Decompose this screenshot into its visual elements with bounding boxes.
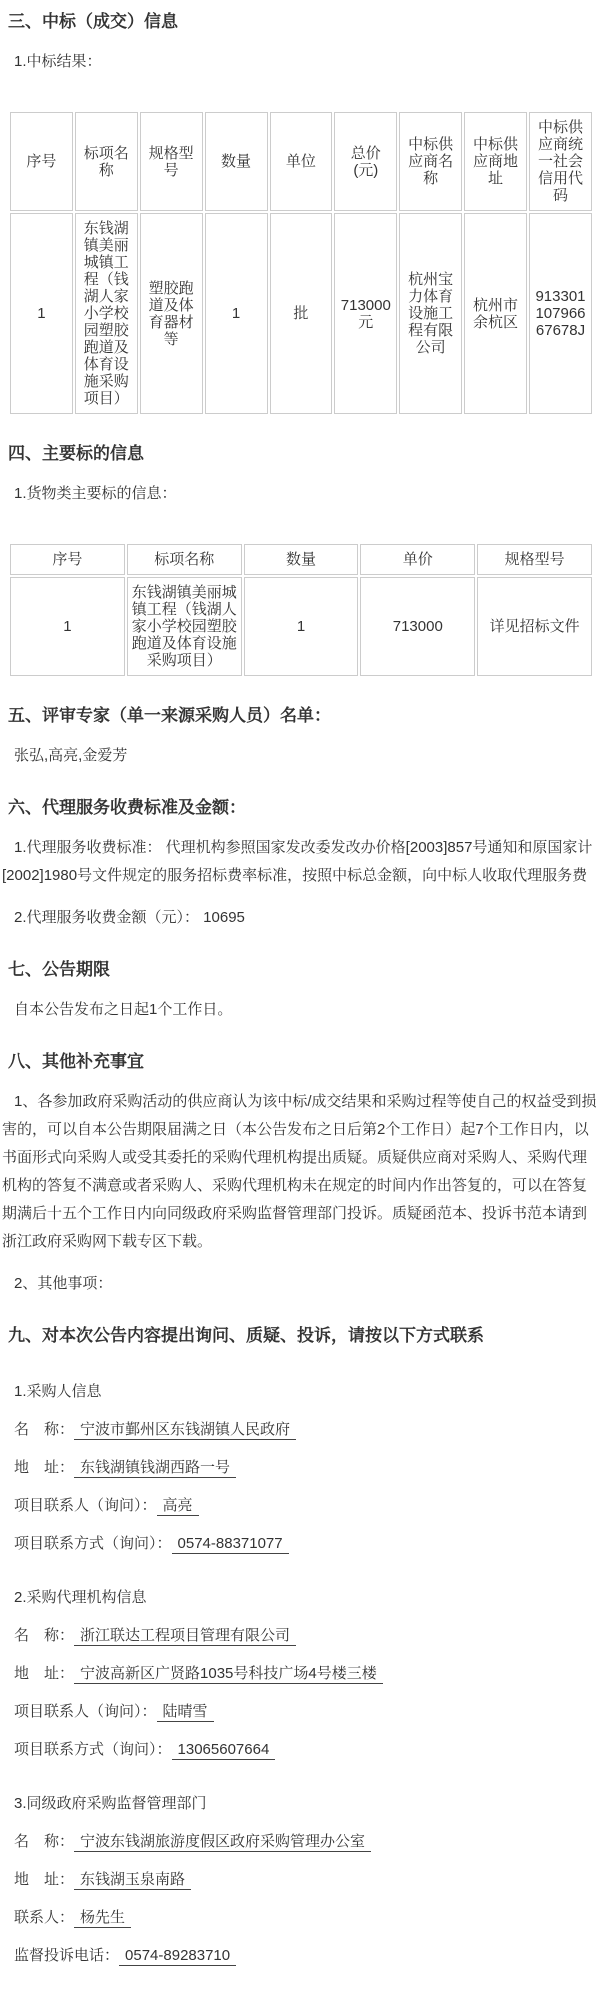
header-cell-unit: 单位 (270, 112, 333, 211)
cell-spec-model: 塑胶跑道及体育器材等 (140, 213, 203, 414)
contact-label: 联系人： (14, 1909, 74, 1926)
header-cell-item-name: 标项名称 (75, 112, 138, 211)
cell-unit-price: 713000 (360, 577, 475, 676)
contact-line-person: 项目联系人（询问）：陆晴雪 (2, 1702, 598, 1722)
cell-seq: 1 (10, 577, 125, 676)
contact-line-phone: 监督投诉电话：0574-89283710 (2, 1946, 598, 1966)
expert-list: 张弘,高亮,金爱芳 (2, 742, 598, 770)
other-matters: 2、其他事项： (2, 1270, 598, 1298)
procurement-announcement-document: 三、中标（成交）信息 1.中标结果： 序号 标项名称 规格型号 数量 单位 总价… (0, 0, 600, 1996)
supervision-name-value: 宁波东钱湖旅游度假区政府采购管理办公室 (74, 1833, 371, 1852)
header-cell-total-price: 总价(元) (334, 112, 397, 211)
header-cell-seq: 序号 (10, 112, 73, 211)
contact-line-name: 名 称：宁波东钱湖旅游度假区政府采购管理办公室 (2, 1832, 598, 1852)
header-cell-quantity: 数量 (205, 112, 268, 211)
contact-line-person: 联系人：杨先生 (2, 1908, 598, 1928)
contact-label: 名 称： (14, 1833, 74, 1850)
section-3-heading: 三、中标（成交）信息 (8, 10, 598, 34)
goods-info-header-row: 序号 标项名称 数量 单价 规格型号 (10, 544, 592, 575)
award-result-data-row: 1 东钱湖镇美丽城镇工程（钱湖人家小学校园塑胶跑道及体育设施采购项目） 塑胶跑道… (10, 213, 592, 414)
cell-quantity: 1 (205, 213, 268, 414)
contact-label: 监督投诉电话： (14, 1947, 119, 1964)
contact-block-title: 1.采购人信息 (2, 1382, 598, 1402)
header-cell-spec-model: 规格型号 (477, 544, 592, 575)
contact-line-address: 地 址：东钱湖玉泉南路 (2, 1870, 598, 1890)
contact-line-address: 地 址：宁波高新区广贤路1035号科技广场4号楼三楼 (2, 1664, 598, 1684)
contact-line-phone: 项目联系方式（询问）：13065607664 (2, 1740, 598, 1760)
agency-name-value: 浙江联达工程项目管理有限公司 (74, 1627, 296, 1646)
contact-label: 项目联系方式（询问）： (14, 1741, 172, 1758)
contact-label: 名 称： (14, 1421, 74, 1438)
header-cell-seq: 序号 (10, 544, 125, 575)
agency-fee-amount: 2.代理服务收费金额（元）： 10695 (2, 904, 598, 932)
contact-line-address: 地 址：东钱湖镇钱湖西路一号 (2, 1458, 598, 1478)
award-result-table: 序号 标项名称 规格型号 数量 单位 总价(元) 中标供应商名称 中标供应商地址… (8, 110, 594, 416)
award-result-header-row: 序号 标项名称 规格型号 数量 单位 总价(元) 中标供应商名称 中标供应商地址… (10, 112, 592, 211)
contact-label: 项目联系方式（询问）： (14, 1535, 172, 1552)
contact-label: 地 址： (14, 1871, 74, 1888)
section-7-heading: 七、公告期限 (8, 958, 598, 982)
contact-line-name: 名 称：宁波市鄞州区东钱湖镇人民政府 (2, 1420, 598, 1440)
cell-item-name: 东钱湖镇美丽城镇工程（钱湖人家小学校园塑胶跑道及体育设施采购项目） (75, 213, 138, 414)
purchaser-info-block: 1.采购人信息 名 称：宁波市鄞州区东钱湖镇人民政府 地 址：东钱湖镇钱湖西路一… (2, 1382, 598, 1554)
section-4-heading: 四、主要标的信息 (8, 442, 598, 466)
section-9-heading: 九、对本次公告内容提出询问、质疑、投诉，请按以下方式联系 (8, 1324, 598, 1348)
cell-unit: 批 (270, 213, 333, 414)
section-5-heading: 五、评审专家（单一来源采购人员）名单： (8, 704, 598, 728)
contact-line-name: 名 称：浙江联达工程项目管理有限公司 (2, 1626, 598, 1646)
section-8-heading: 八、其他补充事宜 (8, 1050, 598, 1074)
contact-label: 地 址： (14, 1459, 74, 1476)
contact-label: 项目联系人（询问）： (14, 1497, 157, 1514)
header-cell-supplier-address: 中标供应商地址 (464, 112, 527, 211)
header-cell-unit-price: 单价 (360, 544, 475, 575)
contact-line-person: 项目联系人（询问）：高亮 (2, 1496, 598, 1516)
supervision-dept-block: 3.同级政府采购监督管理部门 名 称：宁波东钱湖旅游度假区政府采购管理办公室 地… (2, 1794, 598, 1966)
cell-credit-code: 91330110796667678J (529, 213, 592, 414)
contact-label: 地 址： (14, 1665, 74, 1682)
cell-total-price: 713000元 (334, 213, 397, 414)
cell-seq: 1 (10, 213, 73, 414)
contact-line-phone: 项目联系方式（询问）：0574-88371077 (2, 1534, 598, 1554)
section-3-intro: 1.中标结果： (2, 48, 598, 76)
header-cell-quantity: 数量 (244, 544, 359, 575)
announcement-period: 自本公告发布之日起1个工作日。 (2, 996, 598, 1024)
header-cell-supplier-name: 中标供应商名称 (399, 112, 462, 211)
header-cell-spec-model: 规格型号 (140, 112, 203, 211)
supervision-complaint-phone-value: 0574-89283710 (119, 1947, 236, 1966)
cell-item-name: 东钱湖镇美丽城镇工程（钱湖人家小学校园塑胶跑道及体育设施采购项目） (127, 577, 242, 676)
agency-fee-standard: 1.代理服务收费标准： 代理机构参照国家发改委发改办价格[2003]857号通知… (2, 834, 598, 890)
agency-address-value: 宁波高新区广贤路1035号科技广场4号楼三楼 (74, 1665, 383, 1684)
contact-label: 名 称： (14, 1627, 74, 1644)
section-6-heading: 六、代理服务收费标准及金额： (8, 796, 598, 820)
agency-phone-value: 13065607664 (172, 1741, 276, 1760)
contact-label: 项目联系人（询问）： (14, 1703, 157, 1720)
goods-info-table: 序号 标项名称 数量 单价 规格型号 1 东钱湖镇美丽城镇工程（钱湖人家小学校园… (8, 542, 594, 678)
cell-supplier-name: 杭州宝力体育设施工程有限公司 (399, 213, 462, 414)
agency-info-block: 2.采购代理机构信息 名 称：浙江联达工程项目管理有限公司 地 址：宁波高新区广… (2, 1588, 598, 1760)
purchaser-phone-value: 0574-88371077 (172, 1535, 289, 1554)
cell-quantity: 1 (244, 577, 359, 676)
agency-contact-person-value: 陆晴雪 (157, 1703, 214, 1722)
purchaser-address-value: 东钱湖镇钱湖西路一号 (74, 1459, 236, 1478)
contact-block-title: 3.同级政府采购监督管理部门 (2, 1794, 598, 1814)
header-cell-item-name: 标项名称 (127, 544, 242, 575)
supervision-contact-person-value: 杨先生 (74, 1909, 131, 1928)
goods-info-data-row: 1 东钱湖镇美丽城镇工程（钱湖人家小学校园塑胶跑道及体育设施采购项目） 1 71… (10, 577, 592, 676)
supervision-address-value: 东钱湖玉泉南路 (74, 1871, 191, 1890)
cell-supplier-address: 杭州市余杭区 (464, 213, 527, 414)
section-4-intro: 1.货物类主要标的信息： (2, 480, 598, 508)
purchaser-contact-person-value: 高亮 (157, 1497, 199, 1516)
purchaser-name-value: 宁波市鄞州区东钱湖镇人民政府 (74, 1421, 296, 1440)
header-cell-credit-code: 中标供应商统一社会信用代码 (529, 112, 592, 211)
supplementary-paragraph: 1、各参加政府采购活动的供应商认为该中标/成交结果和采购过程等使自己的权益受到损… (2, 1088, 598, 1256)
contact-block-title: 2.采购代理机构信息 (2, 1588, 598, 1608)
cell-spec-model: 详见招标文件 (477, 577, 592, 676)
